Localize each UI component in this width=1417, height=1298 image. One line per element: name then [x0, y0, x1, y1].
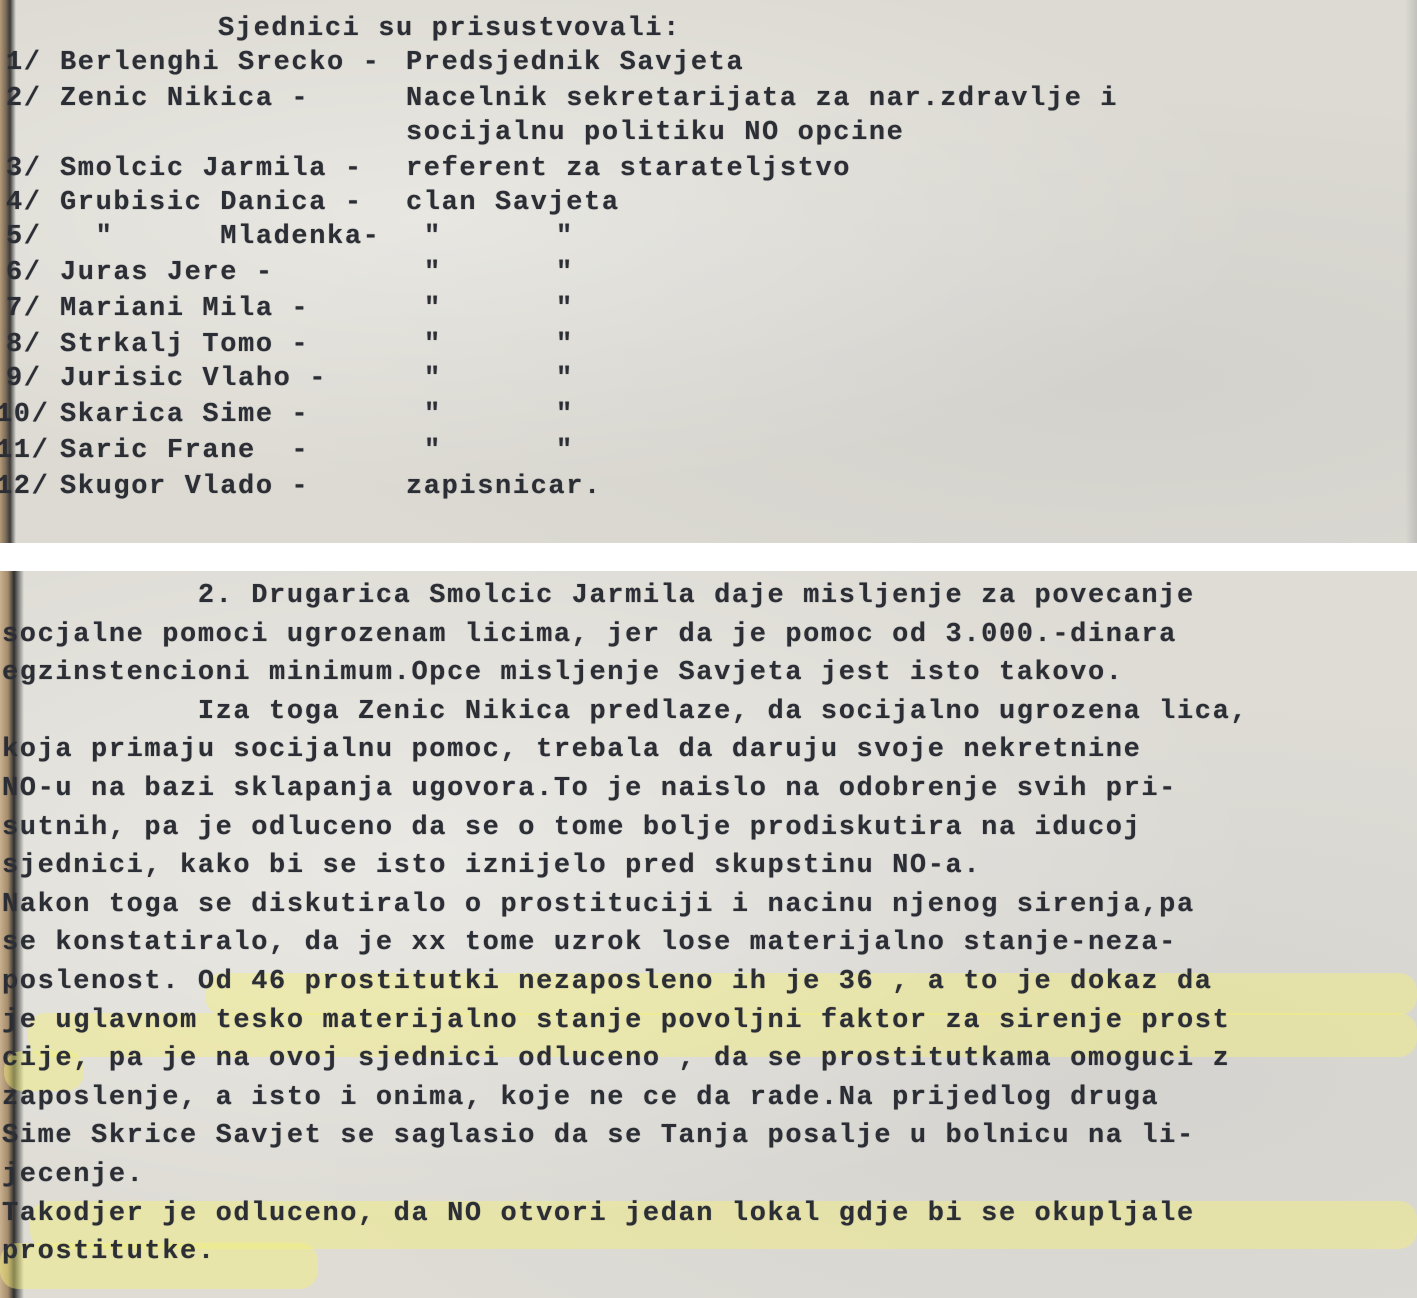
ditto-mark: "	[424, 436, 442, 466]
attendee-number: 12/	[0, 472, 49, 502]
attendee-name: Berlenghi Srecko -	[60, 48, 380, 78]
minutes-line: poslenost. Od 46 prostitutki nezaposleno…	[2, 967, 1213, 997]
minutes-excerpt: 2. Drugarica Smolcic Jarmila daje mislje…	[0, 571, 1417, 1298]
minutes-line: Iza toga Zenic Nikica predlaze, da socij…	[2, 697, 1248, 727]
ditto-mark: "	[556, 294, 574, 324]
attendee-role: Predsjednik Savjeta	[406, 48, 744, 78]
attendee-number: 7/	[6, 294, 42, 324]
attendee-number: 2/	[6, 84, 42, 114]
attendee-role: clan Savjeta	[406, 188, 620, 218]
minutes-line: se konstatiralo, da je xx tome uzrok los…	[2, 928, 1177, 958]
attendee-name: Grubisic Danica -	[60, 188, 363, 218]
minutes-line: koja primaju socijalnu pomoc, trebala da…	[2, 735, 1141, 765]
ditto-mark: "	[556, 436, 574, 466]
ditto-mark: "	[556, 330, 574, 360]
page-edge	[1405, 0, 1417, 543]
ditto-mark: "	[556, 222, 574, 252]
minutes-line: Takodjer je odluceno, da NO otvori jedan…	[2, 1199, 1195, 1229]
ditto-mark: "	[424, 364, 442, 394]
minutes-line: cije, pa je na ovoj sjednici odluceno , …	[2, 1044, 1230, 1074]
attendee-number: 9/	[6, 364, 42, 394]
attendee-name: Smolcic Jarmila -	[60, 154, 363, 184]
attendee-name: " Mladenka-	[60, 222, 380, 252]
attendee-role-continued: socijalnu politiku NO opcine	[406, 118, 904, 148]
ditto-mark: "	[424, 400, 442, 430]
attendee-number: 6/	[6, 258, 42, 288]
attendee-name: Jurisic Vlaho -	[60, 364, 327, 394]
minutes-line: je uglavnom tesko materijalno stanje pov…	[2, 1006, 1230, 1036]
minutes-line: jecenje.	[2, 1160, 144, 1190]
attendee-name: Strkalj Tomo -	[60, 330, 309, 360]
ditto-mark: "	[424, 294, 442, 324]
minutes-line: egzinstencioni minimum.Opce misljenje Sa…	[2, 658, 1124, 688]
minutes-line: NO-u na bazi sklapanja ugovora.To je nai…	[2, 774, 1177, 804]
minutes-line: prostitutke.	[2, 1237, 216, 1267]
attendee-number: 3/	[6, 154, 42, 184]
ditto-mark: "	[424, 222, 442, 252]
minutes-line: socjalne pomoci ugrozenam licima, jer da…	[2, 620, 1177, 650]
minutes-line: sutnih, pa je odluceno da se o tome bolj…	[2, 813, 1141, 843]
attendee-name: Skarica Sime -	[60, 400, 309, 430]
ditto-mark: "	[424, 330, 442, 360]
attendee-role: Nacelnik sekretarijata za nar.zdravlje i	[406, 84, 1118, 114]
minutes-line: 2. Drugarica Smolcic Jarmila daje mislje…	[2, 581, 1195, 611]
ditto-mark: "	[556, 258, 574, 288]
attendee-number: 8/	[6, 330, 42, 360]
minutes-line: Sime Skrice Savjet se saglasio da se Tan…	[2, 1121, 1195, 1151]
attendee-name: Skugor Vlado -	[60, 472, 309, 502]
attendee-name: Mariani Mila -	[60, 294, 309, 324]
attendee-number: 4/	[6, 188, 42, 218]
minutes-line: zaposlenje, a isto i onima, koje ne ce d…	[2, 1083, 1159, 1113]
minutes-line: sjednici, kako bi se isto iznijelo pred …	[2, 851, 981, 881]
attendee-number: 10/	[0, 400, 49, 430]
minutes-line: Nakon toga se diskutiralo o prostituciji…	[2, 890, 1195, 920]
attendee-number: 5/	[6, 222, 42, 252]
ditto-mark: "	[424, 258, 442, 288]
attendee-name: Saric Frane -	[60, 436, 309, 466]
attendance-excerpt: Sjednici su prisustvovali: 1/Berlenghi S…	[0, 0, 1417, 543]
attendee-number: 11/	[0, 436, 49, 466]
attendee-number: 1/	[6, 48, 42, 78]
ditto-mark: "	[556, 400, 574, 430]
attendee-name: Juras Jere -	[60, 258, 274, 288]
attendee-role: zapisnicar.	[406, 472, 602, 502]
attendee-role: referent za starateljstvo	[406, 154, 851, 184]
attendee-name: Zenic Nikica -	[60, 84, 309, 114]
attendance-heading: Sjednici su prisustvovali:	[218, 14, 681, 44]
ditto-mark: "	[556, 364, 574, 394]
